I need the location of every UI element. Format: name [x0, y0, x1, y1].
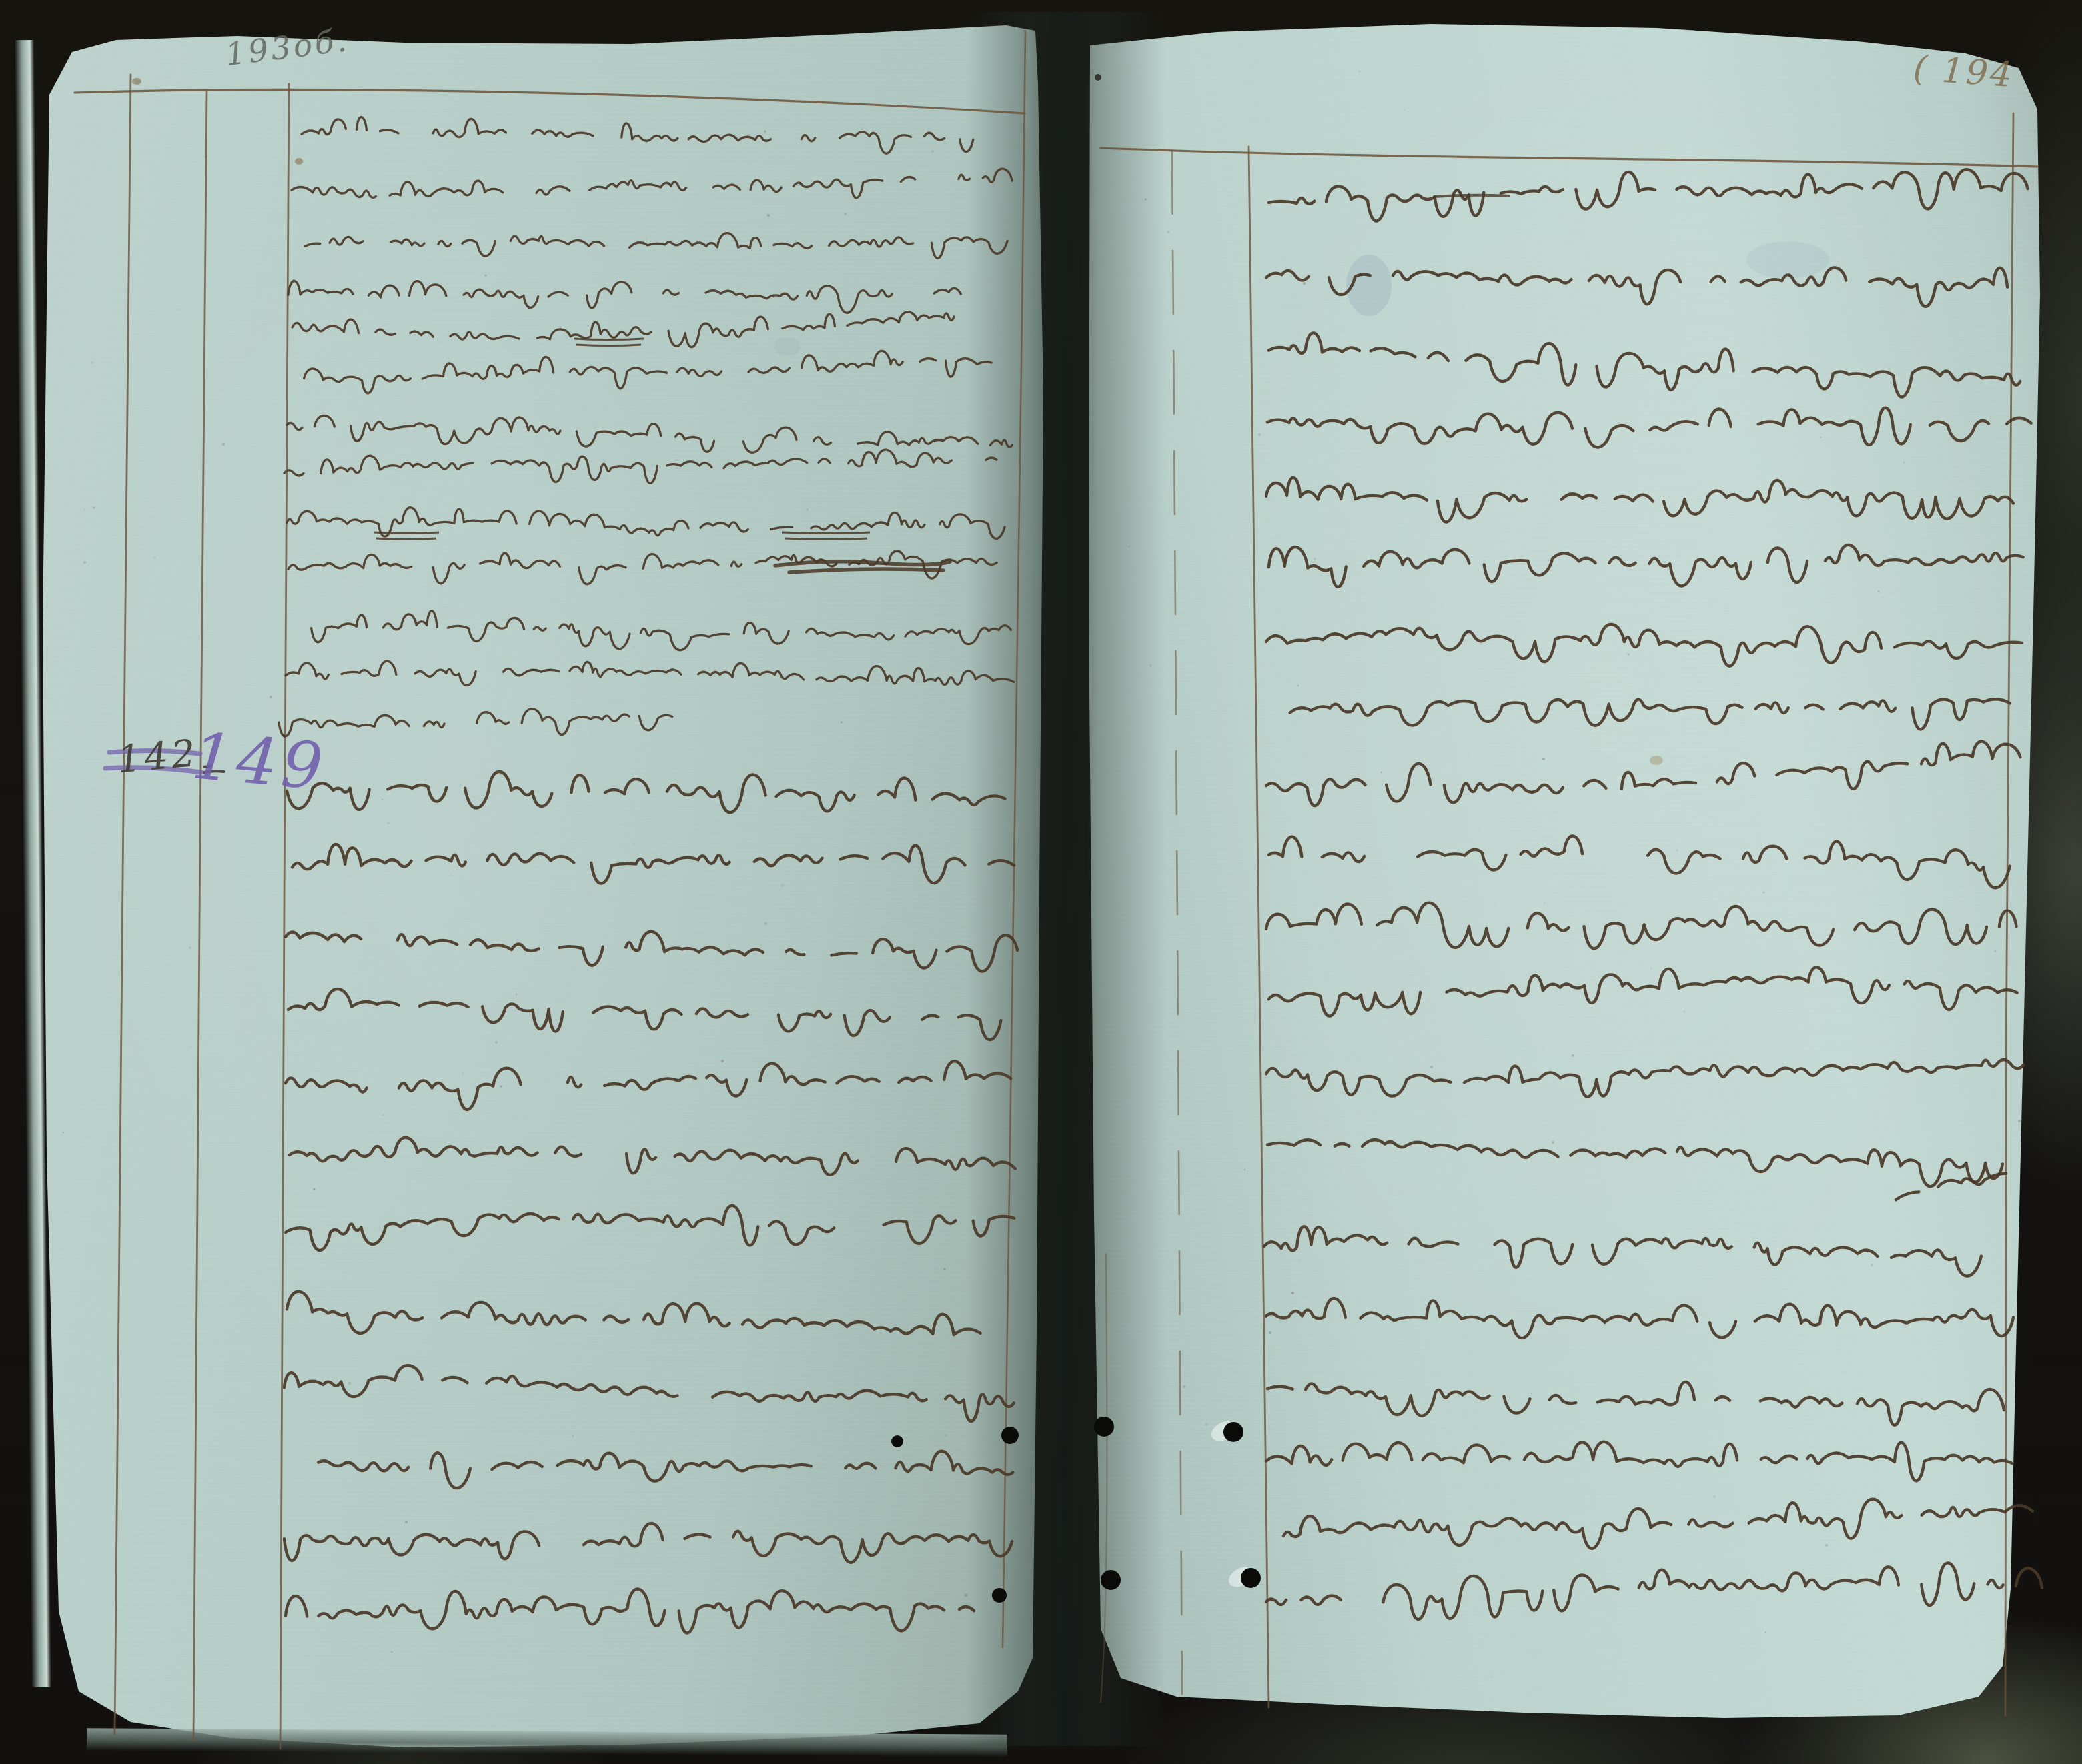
- georgian-line-right-4: [1267, 407, 2031, 448]
- georgian-line-right-5: [1266, 478, 2013, 524]
- georgian-line-right-10: [1269, 834, 2010, 888]
- georgian-line-right-13: [1266, 1060, 2024, 1100]
- georgian-line-left-12: [286, 1589, 974, 1633]
- russian-header-line-2: [292, 166, 1012, 200]
- russian-header-line-4: [288, 279, 961, 314]
- entry-number-current: 149: [189, 718, 330, 804]
- russian-header-line-9: [287, 506, 1005, 542]
- binding-holes: [891, 1417, 1261, 1603]
- georgian-line-left-7: [286, 1204, 1015, 1251]
- georgian-line-right-6: [1269, 544, 2023, 588]
- handwriting-layer: [279, 113, 2054, 1633]
- russian-header-line-13: [279, 708, 672, 738]
- georgian-line-left-10: [318, 1446, 1013, 1493]
- russian-header-line-11: [311, 610, 1011, 654]
- entry-number-struck: 142: [115, 732, 200, 782]
- georgian-line-right-3: [1268, 333, 2020, 398]
- russian-header-line-12: [286, 661, 1014, 687]
- georgian-line-left-2: [292, 840, 1014, 888]
- georgian-line-left-4: [288, 989, 1020, 1040]
- paper-specks: [63, 71, 2021, 1677]
- georgian-line-left-8: [287, 1288, 1017, 1337]
- russian-header-line-7: [287, 415, 1013, 455]
- georgian-line-right-1: [1269, 169, 2054, 221]
- folio-number-ink: ( 194: [1912, 49, 2015, 95]
- georgian-line-right-17: [1267, 1381, 2004, 1425]
- ruled-margin-lines: [75, 31, 2037, 1749]
- georgian-line-right-9: [1265, 741, 2020, 806]
- georgian-line-left-1: [287, 771, 1005, 813]
- georgian-line-right-11: [1266, 902, 2017, 949]
- russian-header-line-6: [304, 350, 991, 393]
- georgian-line-left-11: [284, 1521, 1012, 1566]
- georgian-line-right-20: [1266, 1563, 2042, 1620]
- georgian-line-right-19: [1283, 1499, 2033, 1549]
- georgian-line-left-3: [286, 930, 1017, 972]
- russian-header-line-3: [305, 232, 1007, 261]
- georgian-line-right-8: [1290, 693, 2010, 731]
- georgian-line-right-16: [1266, 1296, 2013, 1339]
- georgian-line-right-7: [1266, 620, 2022, 670]
- georgian-line-right-18: [1266, 1438, 2013, 1486]
- manuscript-artwork-layer: [0, 0, 2082, 1764]
- georgian-line-right-12: [1269, 966, 2017, 1016]
- georgian-line-left-5: [286, 1061, 1011, 1110]
- georgian-line-left-6: [290, 1137, 1015, 1175]
- russian-header-line-5: [292, 311, 954, 349]
- margin-overflow-word: [1894, 1168, 2007, 1204]
- russian-header-line-8: [284, 450, 1012, 484]
- russian-header-line-1: [302, 113, 973, 157]
- georgian-line-right-15: [1264, 1226, 2005, 1276]
- georgian-line-right-14: [1267, 1138, 2003, 1188]
- georgian-line-left-9: [284, 1361, 1014, 1427]
